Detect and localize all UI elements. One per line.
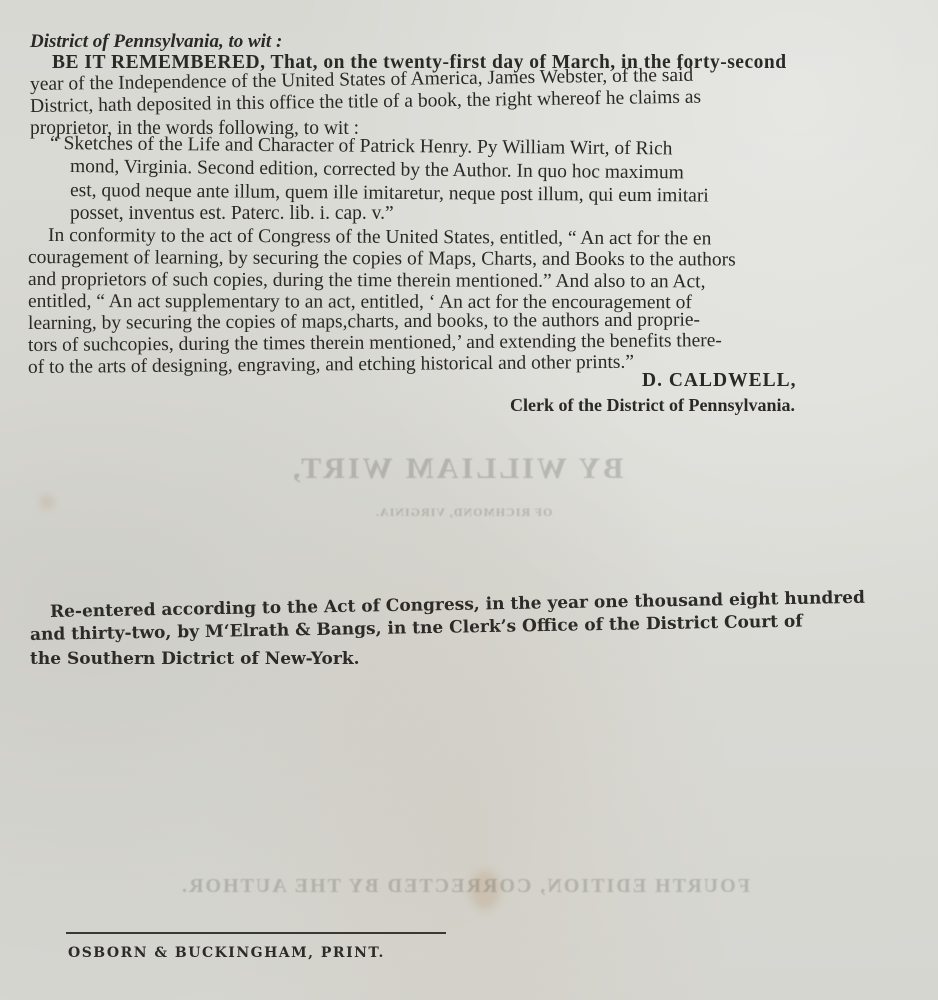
clerk-title: Clerk of the District of Pennsylvania.: [510, 394, 795, 416]
document-page: BY WILLIAM WIRT, OF RICHMOND, VIRGINIA. …: [0, 0, 938, 1000]
clerk-signature: D. CALDWELL,: [642, 370, 796, 392]
show-through-residence: OF RICHMOND, VIRGINIA.: [375, 505, 552, 520]
reentered-line: the Southern Dictrict of New-York.: [30, 648, 360, 670]
show-through-edition: FOURTH EDITION, CORRECTED BY THE AUTHOR.: [180, 875, 750, 898]
quote-line: posset, inventus est. Paterc. lib. i. ca…: [70, 203, 394, 225]
paragraph-line: of to the arts of designing, engraving, …: [28, 352, 634, 379]
imprint-rule: [66, 932, 446, 934]
paragraph-line: couragement of learning, by securing the…: [28, 247, 736, 271]
paper-stain: [40, 495, 54, 509]
printer-imprint: OSBORN & BUCKINGHAM, PRINT.: [68, 945, 385, 961]
district-heading: District of Pennsylvania, to wit :: [30, 31, 282, 53]
show-through-author: BY WILLIAM WIRT,: [290, 452, 623, 486]
paragraph-line: and proprietors of such copies, during t…: [28, 269, 706, 293]
